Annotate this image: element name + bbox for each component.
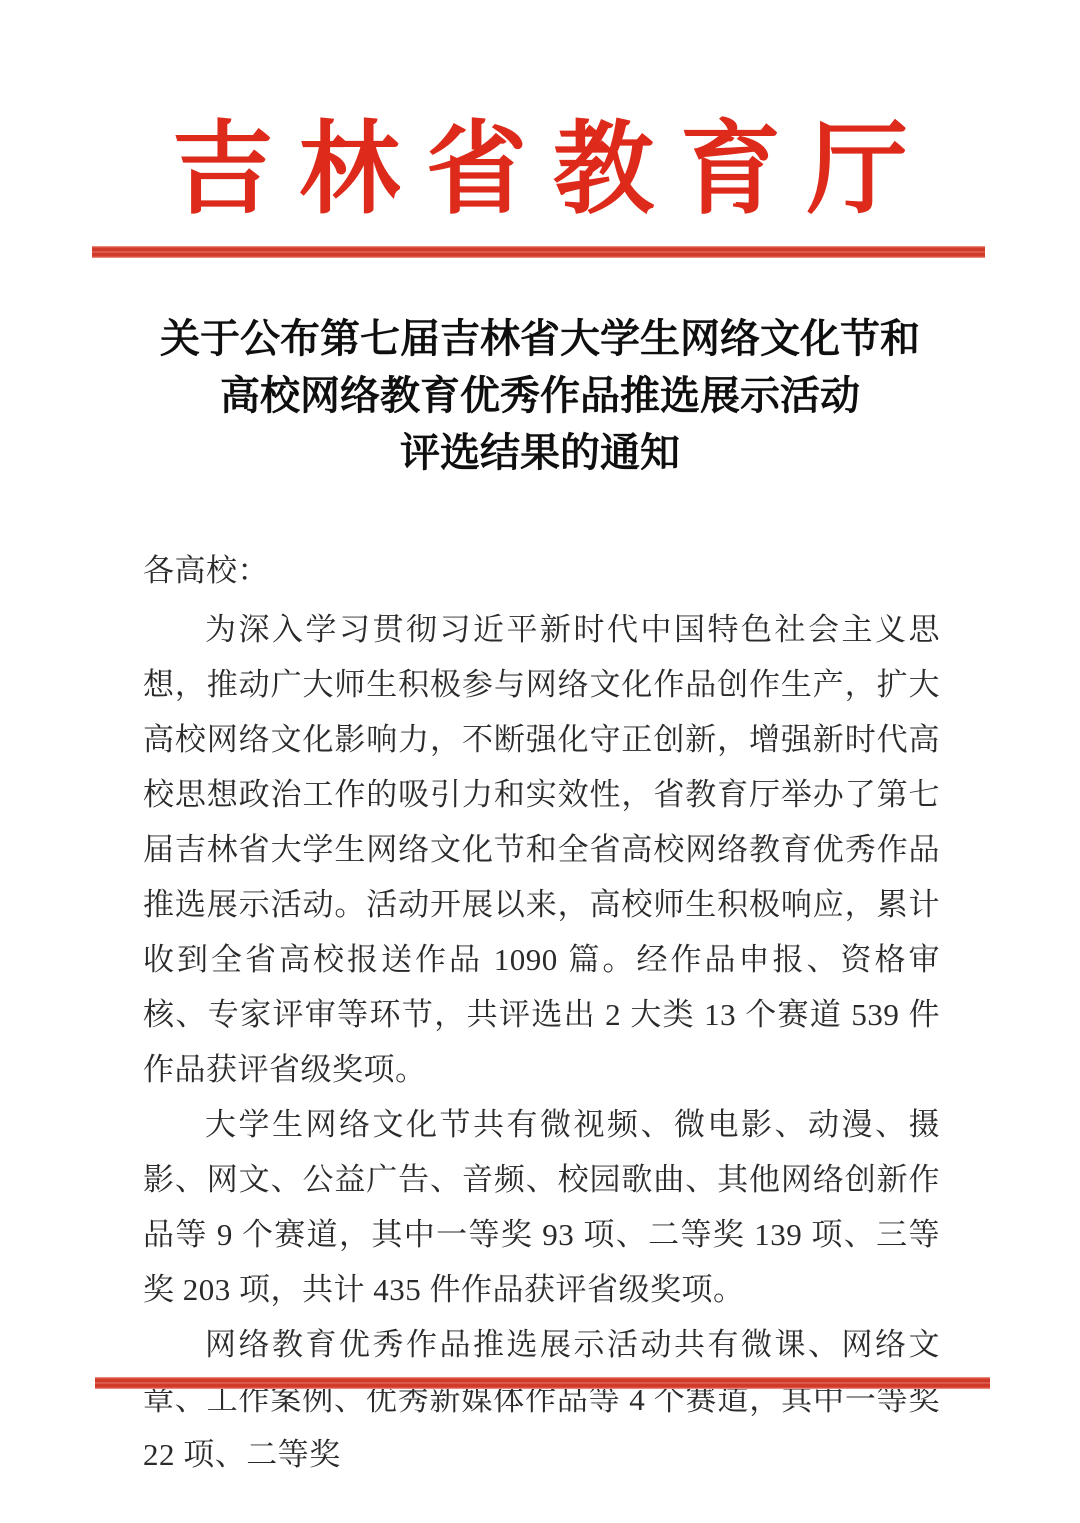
agency-name: 吉林省教育厅 (0, 104, 1080, 236)
title-line-3: 评选结果的通知 (0, 424, 1080, 481)
header-divider-line (92, 246, 985, 258)
document-page: 吉林省教育厅 关于公布第七届吉林省大学生网络文化节和 高校网络教育优秀作品推选展… (0, 0, 1080, 1523)
paragraph-overview: 为深入学习贯彻习近平新时代中国特色社会主义思想，推动广大师生积极参与网络文化作品… (143, 602, 940, 1097)
document-body: 各高校： 为深入学习贯彻习近平新时代中国特色社会主义思想，推动广大师生积极参与网… (0, 543, 1080, 1482)
paragraph-education-works-awards: 网络教育优秀作品推选展示活动共有微课、网络文章、工作案例、优秀新媒体作品等 4 … (143, 1317, 940, 1482)
title-line-2: 高校网络教育优秀作品推选展示活动 (0, 367, 1080, 424)
paragraph-culture-festival-awards: 大学生网络文化节共有微视频、微电影、动漫、摄影、网文、公益广告、音频、校园歌曲、… (143, 1097, 940, 1317)
footer-divider-line (95, 1377, 990, 1389)
salutation: 各高校： (143, 543, 940, 598)
letterhead: 吉林省教育厅 (0, 0, 1080, 258)
document-title: 关于公布第七届吉林省大学生网络文化节和 高校网络教育优秀作品推选展示活动 评选结… (0, 310, 1080, 481)
title-line-1: 关于公布第七届吉林省大学生网络文化节和 (0, 310, 1080, 367)
